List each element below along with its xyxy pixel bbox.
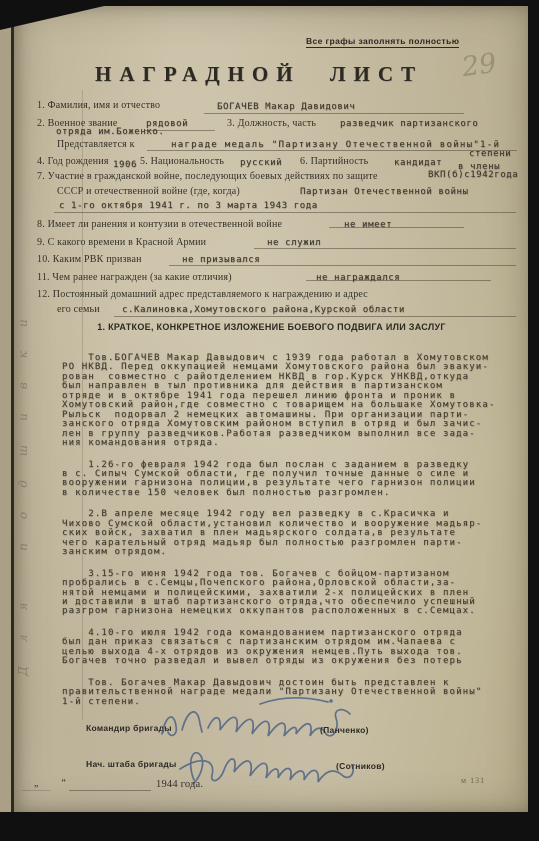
field-1-label: 1. Фамилия, имя и отчество (37, 100, 160, 111)
field-9-value: не служил (267, 238, 321, 248)
adjacent-page-edge (0, 4, 14, 812)
deed-paragraph: 3.15-го июня 1942 года тов. Богачев с бо… (62, 570, 527, 617)
form-rule (254, 248, 516, 249)
field-6-label: 6. Партийность (300, 156, 368, 167)
field-7-value: Партизан Отечественной войны (300, 187, 469, 197)
present-label: Представляется к (57, 139, 135, 150)
field-7-label: 7. Участие в гражданской войне, последую… (37, 171, 378, 182)
field-3-value: разведчик партизанского (340, 119, 478, 129)
form-instruction: Все графы заполнять полностью (306, 36, 459, 48)
deed-paragraph: 4.10-го июля 1942 года командованием пар… (62, 629, 527, 667)
present-value: награде медаль "Партизану Отечественной … (171, 140, 500, 150)
field-1-value: БОГАЧЕВ Макар Давидович (217, 102, 355, 112)
form-rule (22, 790, 50, 791)
pencil-page-number: 29 (460, 48, 498, 83)
typed-line: Богачев точно разведал и вывел отряды из… (62, 657, 527, 666)
form-rule (114, 316, 516, 317)
deed-paragraph: Тов.БОГАЧЕВ Макар Давыдович с 1939 года … (62, 354, 527, 449)
field-12-label-cont: его семьи (57, 304, 100, 315)
chief-of-staff-name: (Сотников) (336, 761, 385, 771)
field-5-label: 5. Национальность (140, 156, 224, 167)
typed-line: ния командования отряда. (62, 439, 527, 448)
document-page: Все графы заполнять полностью 29 НАГРАДН… (14, 6, 528, 812)
date-quote-marks: „ “ (34, 778, 72, 789)
margin-note-vertical: Для подшивки (16, 156, 30, 676)
deed-section-heading: 1. КРАТКОЕ, КОНКРЕТНОЕ ИЗЛОЖЕНИЕ БОЕВОГО… (49, 322, 494, 332)
commander-name: (Панченко) (320, 725, 369, 735)
date-year: 1944 года. (156, 779, 203, 790)
field-6-value-3: ВКП(б)с1942года (428, 170, 518, 180)
present-value-wrap: степени (469, 149, 511, 159)
field-12-label: 12. Постоянный домашний адрес представля… (37, 289, 368, 300)
scanned-award-sheet: Все графы заполнять полностью 29 НАГРАДН… (0, 0, 539, 841)
form-rule (69, 790, 151, 791)
field-3-value-cont: отряда им.Боженко. (56, 127, 164, 137)
field-5-value: русский (240, 158, 282, 168)
field-7-value-2: с 1-го октября 1941 г. по 3 марта 1943 г… (59, 201, 318, 211)
field-4-label: 4. Год рождения (37, 156, 109, 167)
typed-line: занским отрядом. (62, 548, 527, 557)
deed-paragraph: 1.26-го февраля 1942 года был послан с з… (62, 461, 527, 499)
typed-line: в количестве 150 человек был полностью р… (62, 489, 527, 498)
field-7-label-cont: СССР и отечественной войне (где, когда) (57, 186, 240, 197)
field-6-value: кандидат (394, 158, 442, 168)
field-4-value: 1906 (113, 160, 137, 170)
field-12-value: с.Калиновка,Хомутовского района,Курской … (122, 305, 405, 315)
field-8-label: 8. Имеет ли ранения и контузии в отечест… (37, 219, 282, 230)
scan-corner-shadow (0, 0, 130, 30)
field-8-value: не имеет (344, 220, 392, 230)
form-rule (169, 265, 516, 266)
form-rule (147, 150, 517, 151)
chief-of-staff-label: Нач. штаба бригады (86, 759, 177, 769)
field-11-label: 11. Чем ранее награжден (за какие отличи… (37, 272, 232, 283)
field-11-value: не награждался (316, 273, 400, 283)
form-rule (54, 212, 516, 213)
form-rule (204, 113, 464, 114)
field-10-label: 10. Каким РВК призван (37, 254, 142, 265)
deed-description: Тов.БОГАЧЕВ Макар Давыдович с 1939 года … (62, 354, 527, 719)
typed-line: разгром гарнизона немецких оккупантов ра… (62, 607, 527, 616)
field-10-value: не призывался (182, 255, 260, 265)
deed-paragraph: 2.В апреле месяце 1942 году вел разведку… (62, 510, 527, 557)
commander-signature-ink (152, 690, 367, 745)
field-3-label: 3. Должность, часть (227, 118, 316, 129)
field-9-label: 9. С какого времени в Красной Армии (37, 237, 206, 248)
document-title: НАГРАДНОЙ ЛИСТ (69, 62, 449, 87)
print-mark: м 131 (461, 776, 485, 785)
